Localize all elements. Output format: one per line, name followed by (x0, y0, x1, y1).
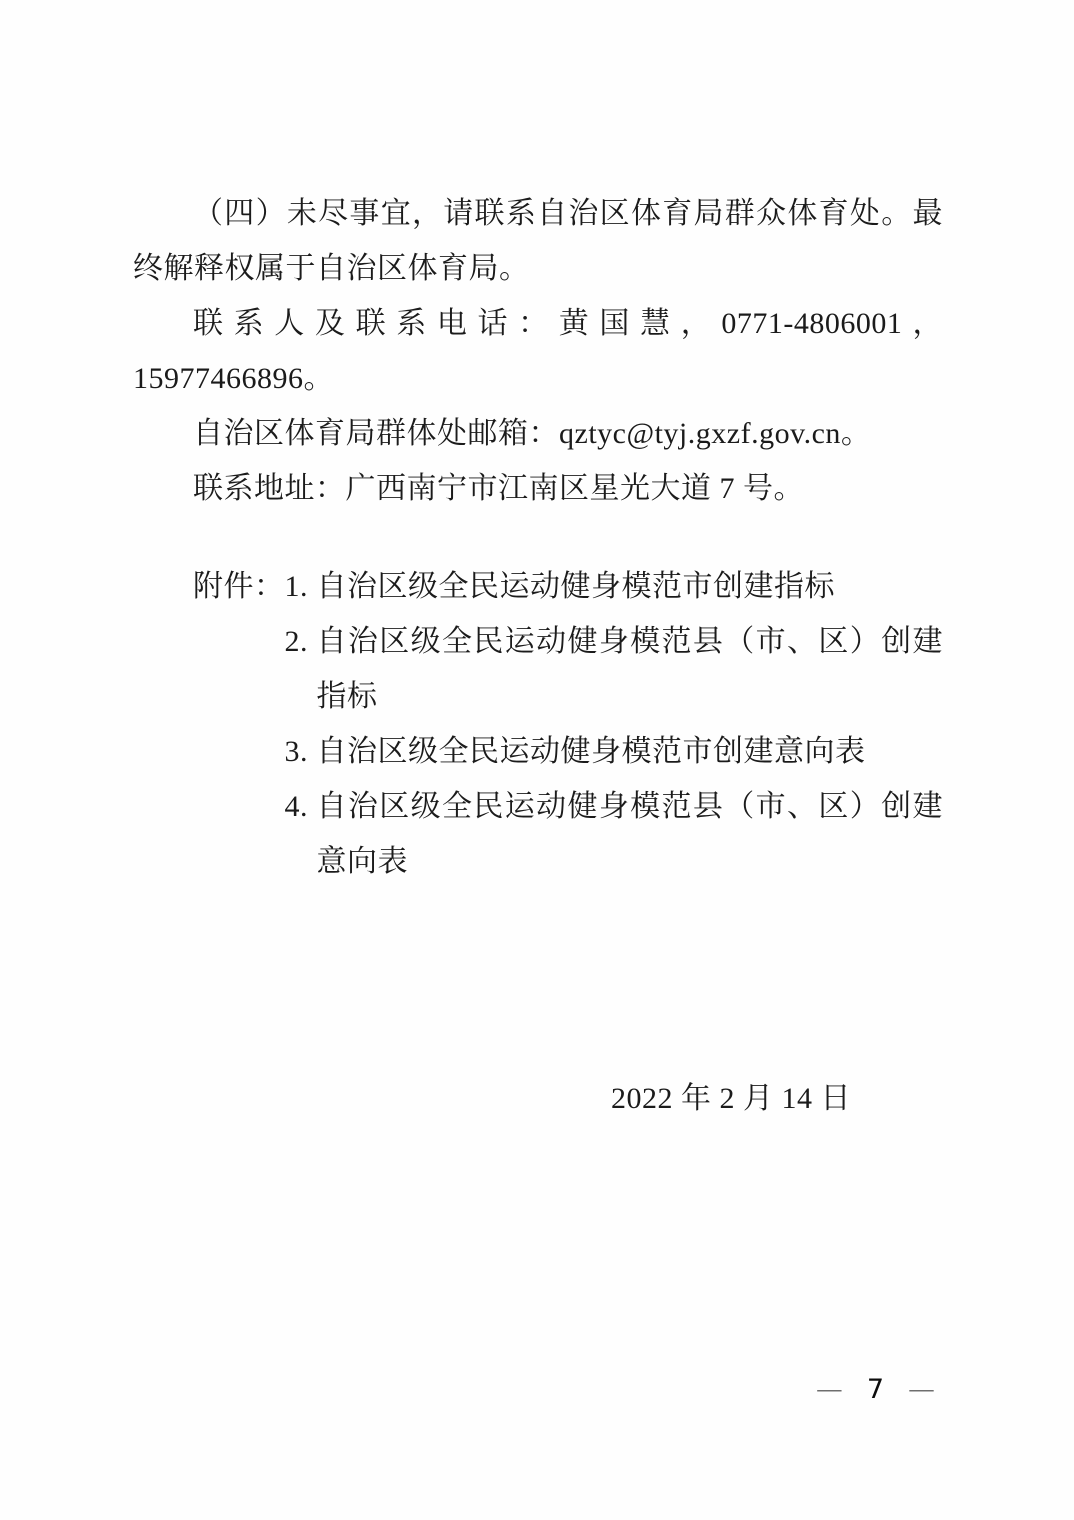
attachment-item: 3.自治区级全民运动健身模范市创建意向表 (285, 724, 944, 779)
attachment-item-text: 自治区级全民运动健身模范县（市、区）创建指标 (317, 625, 944, 713)
page-number-value: 7 (867, 1374, 884, 1406)
page-number-right-dash: — (908, 1377, 935, 1403)
attachment-item-number: 2. (285, 614, 309, 669)
attachments-label: 附件： (193, 559, 285, 889)
paragraph-email: 自治区体育局群体处邮箱：qztyc@tyj.gxzf.gov.cn。 (133, 406, 943, 461)
issue-date: 2022 年 2 月 14 日 (611, 1071, 943, 1126)
paragraph-address: 联系地址：广西南宁市江南区星光大道 7 号。 (133, 461, 943, 516)
attachment-item: 1.自治区级全民运动健身模范市创建指标 (285, 559, 944, 614)
attachment-item-text: 自治区级全民运动健身模范市创建意向表 (317, 735, 866, 768)
attachments-section: 附件： 1.自治区级全民运动健身模范市创建指标 2.自治区级全民运动健身模范县（… (133, 559, 943, 889)
attachment-item-number: 3. (285, 724, 309, 779)
attachments-list: 1.自治区级全民运动健身模范市创建指标 2.自治区级全民运动健身模范县（市、区）… (285, 559, 944, 889)
page-number: — 7 — (816, 1374, 935, 1406)
paragraph-note-four: （四）未尽事宜，请联系自治区体育局群众体育处。最终解释权属于自治区体育局。 (133, 186, 943, 296)
attachment-item: 4.自治区级全民运动健身模范县（市、区）创建意向表 (285, 779, 944, 889)
paragraph-contact-phone: 联系人及联系电话：黄国慧，0771-4806001，15977466896。 (133, 296, 943, 406)
attachment-item-text: 自治区级全民运动健身模范县（市、区）创建意向表 (317, 790, 944, 878)
document-body: （四）未尽事宜，请联系自治区体育局群众体育处。最终解释权属于自治区体育局。 联系… (133, 186, 943, 1126)
document-page: （四）未尽事宜，请联系自治区体育局群众体育处。最终解释权属于自治区体育局。 联系… (0, 0, 1074, 1520)
attachment-item-number: 1. (285, 559, 309, 614)
attachment-item: 2.自治区级全民运动健身模范县（市、区）创建指标 (285, 614, 944, 724)
page-number-left-dash: — (816, 1377, 843, 1403)
attachment-item-text: 自治区级全民运动健身模范市创建指标 (317, 570, 836, 603)
attachment-item-number: 4. (285, 779, 309, 834)
